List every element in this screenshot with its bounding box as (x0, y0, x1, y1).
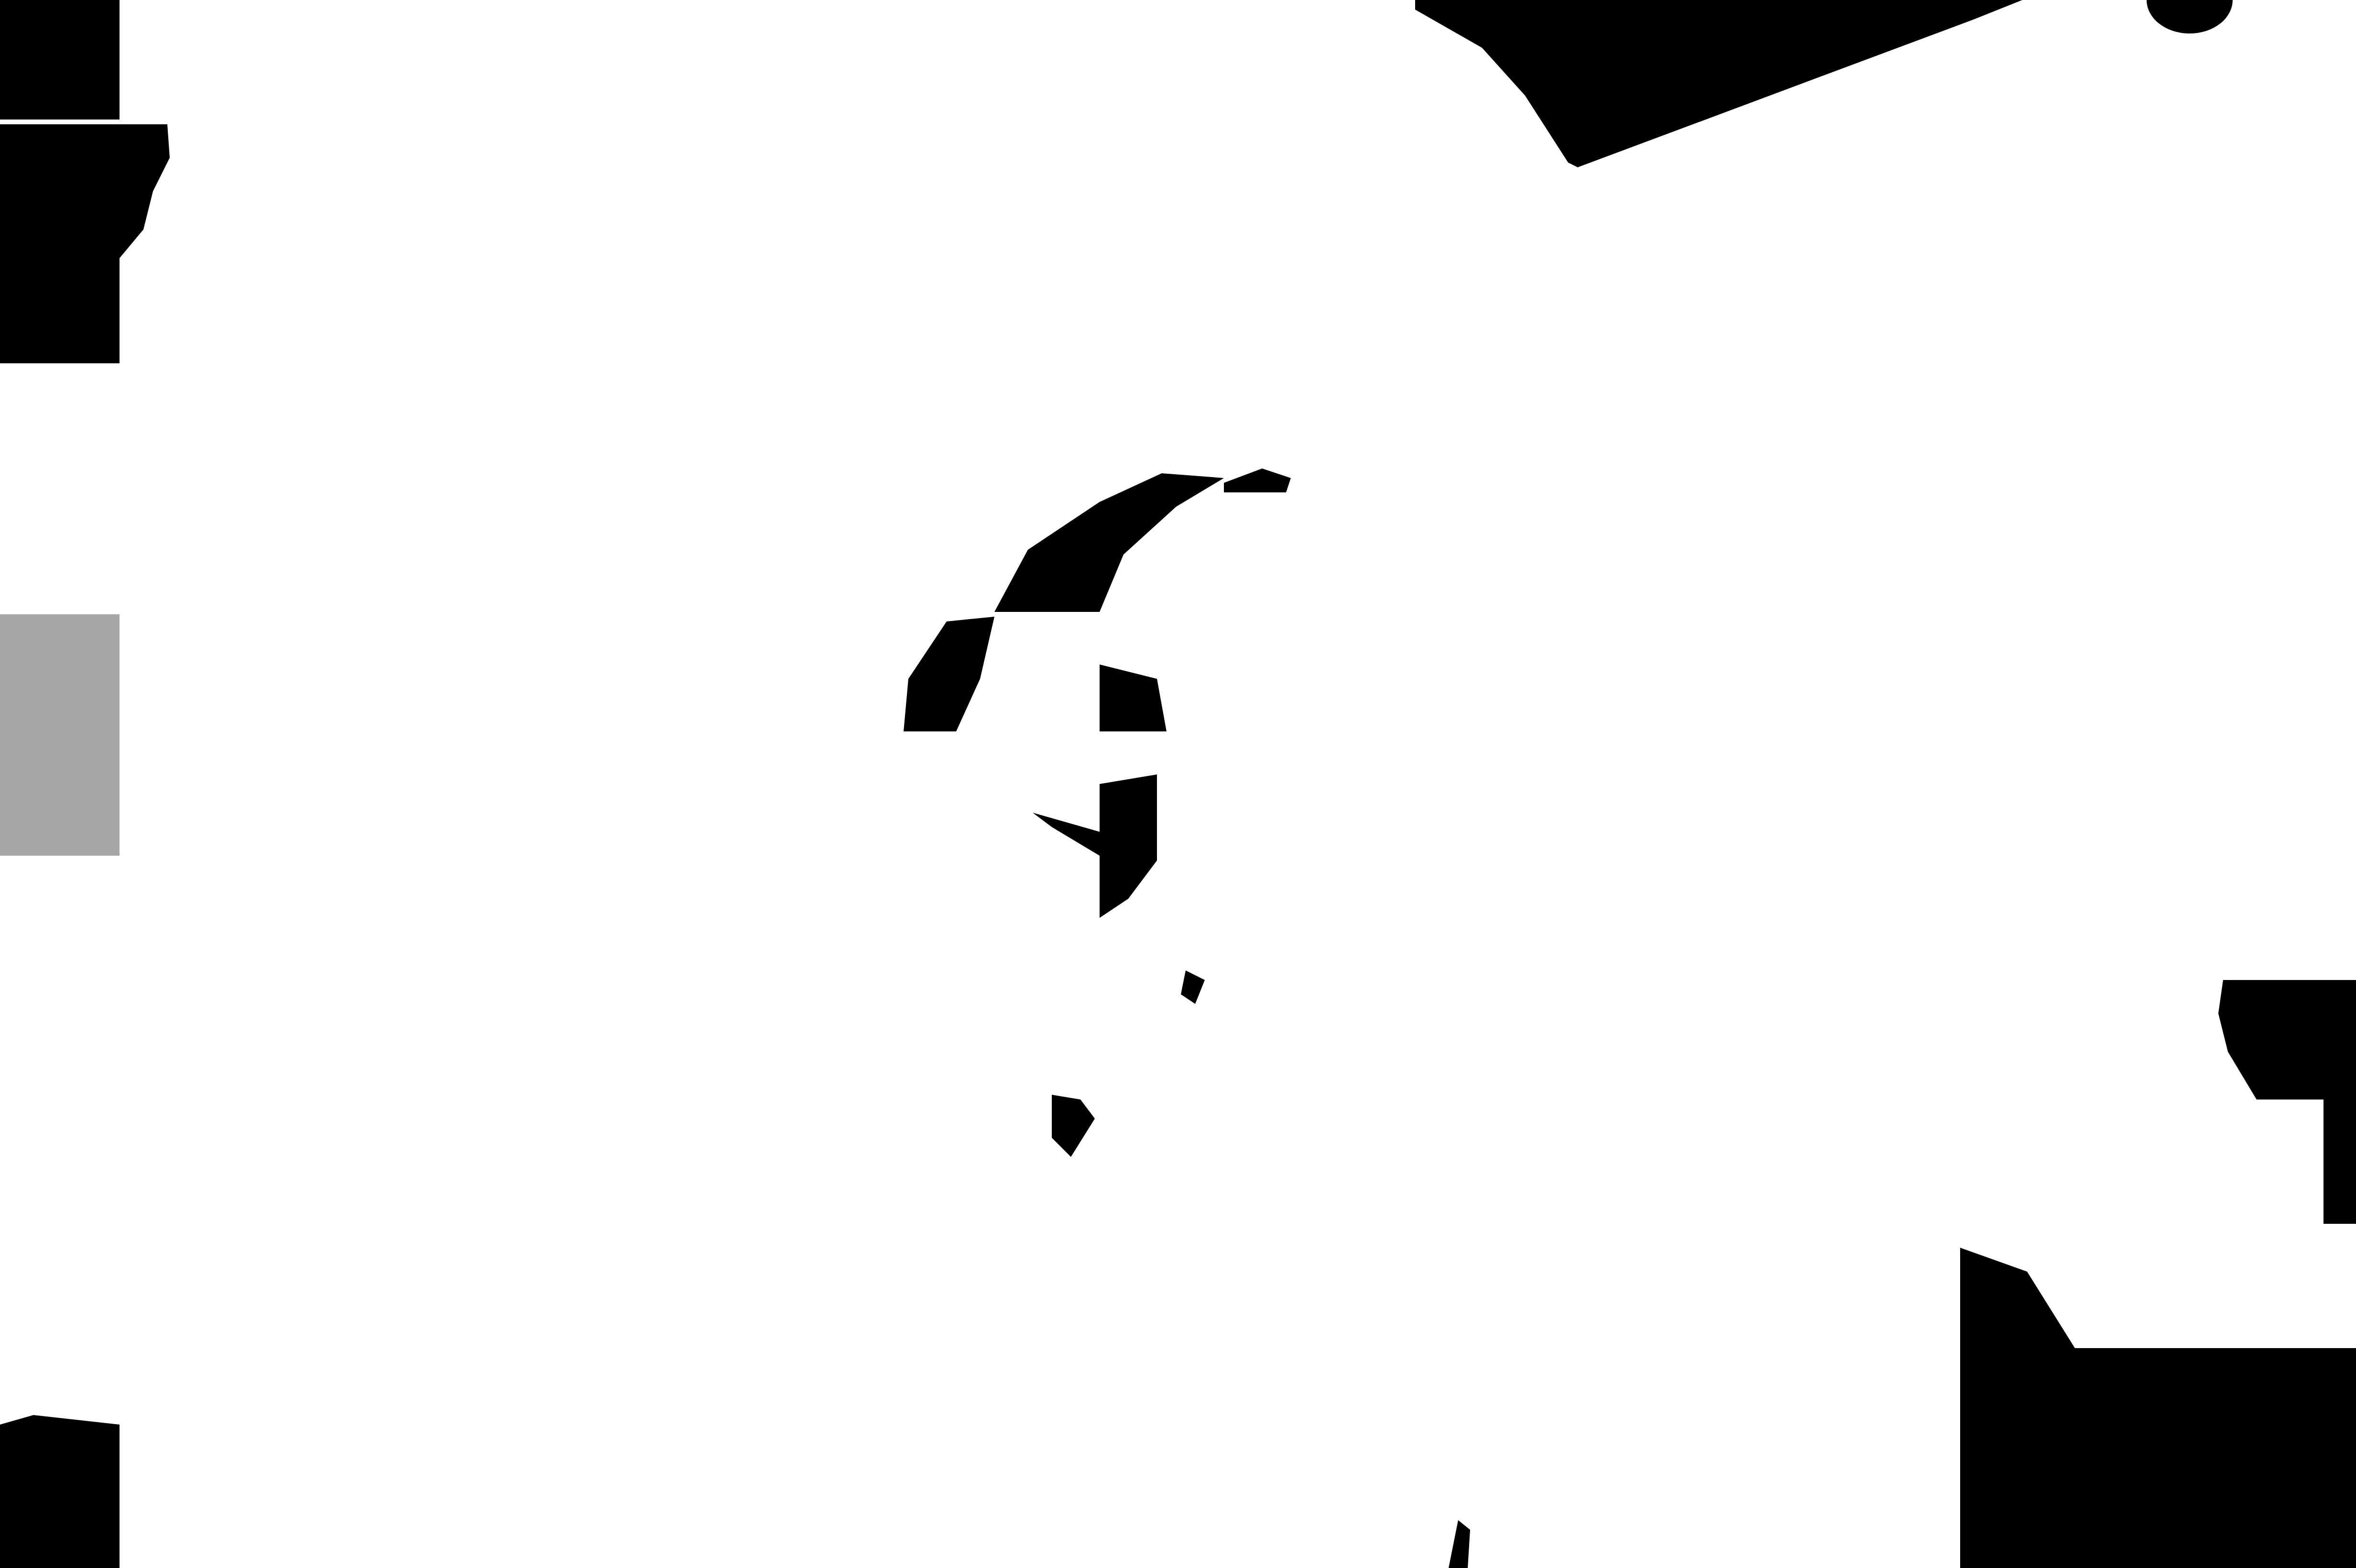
bottom-left-blob (0, 1415, 120, 1568)
top-left-tile (0, 0, 120, 120)
binarized-image (0, 0, 2356, 1568)
left-middle-tile (0, 614, 120, 856)
